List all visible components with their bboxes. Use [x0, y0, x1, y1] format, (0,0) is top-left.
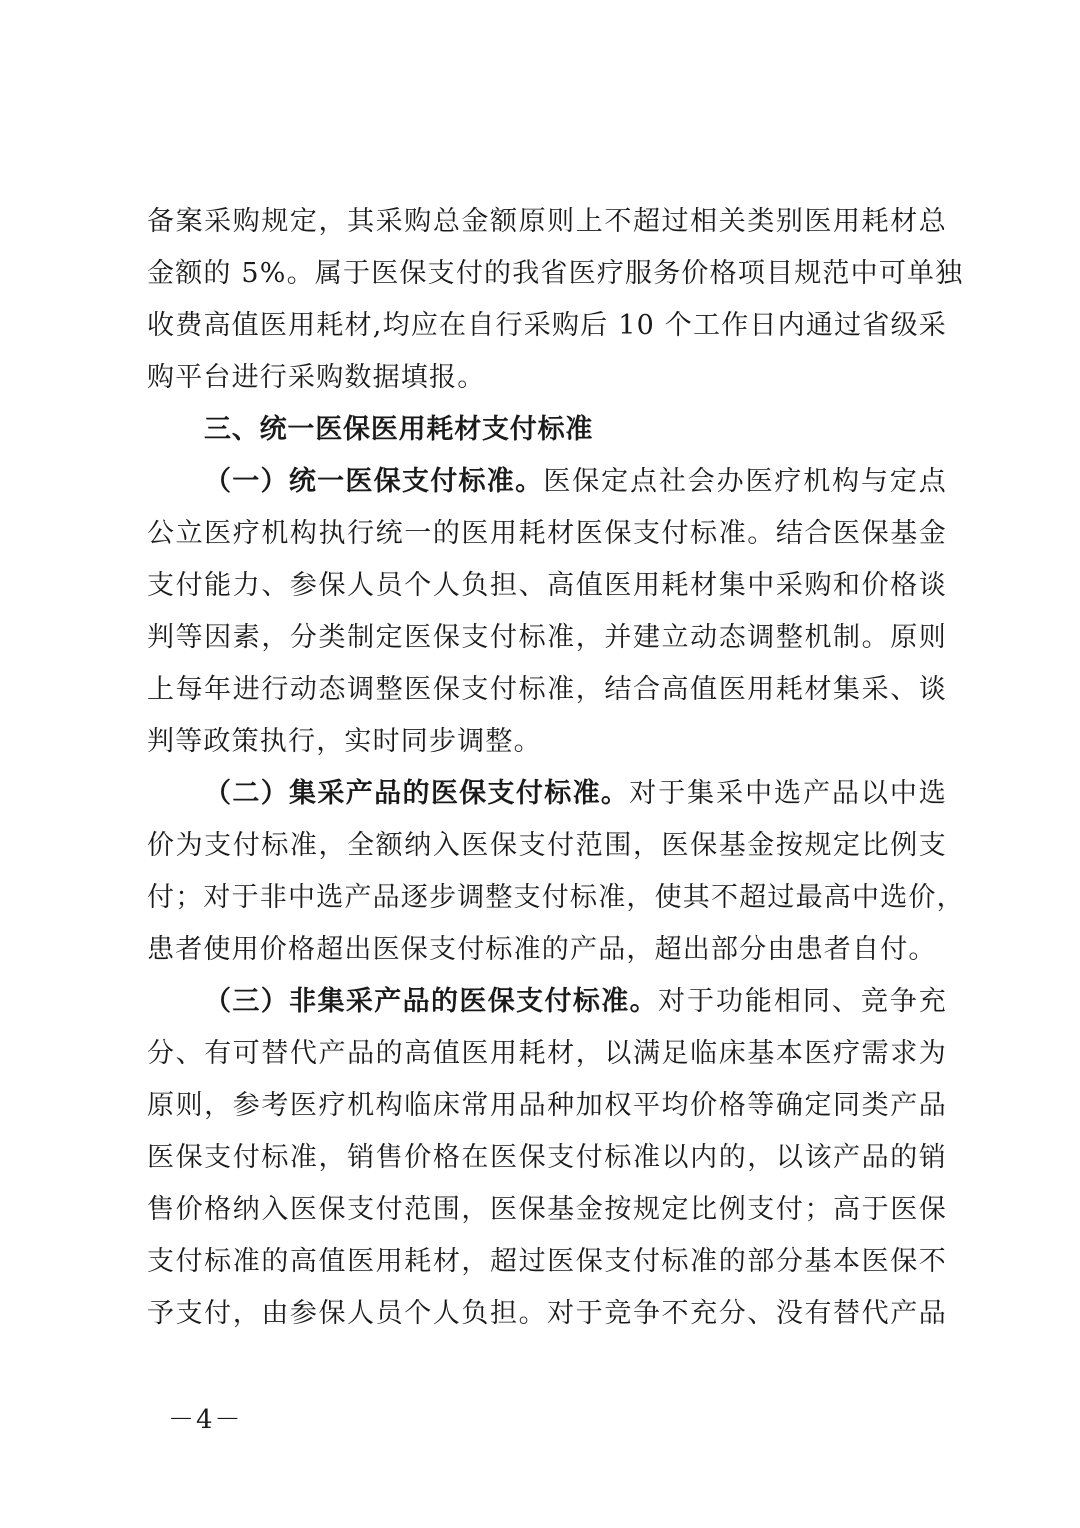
- paragraph-section-3-2: （二）集采产品的医保支付标准。对于集采中选产品以中选 价为支付标准，全额纳入医保…: [147, 768, 947, 976]
- text-line: 原则，参考医疗机构临床常用品种加权平均价格等确定同类产品: [147, 1080, 947, 1132]
- text-line: 备案采购规定，其采购总金额原则上不超过相关类别医用耗材总: [147, 196, 947, 248]
- text-line: 予支付，由参保人员个人负担。对于竞争不充分、没有替代产品: [147, 1288, 947, 1340]
- subsection-title: （三）非集采产品的医保支付标准。: [204, 986, 658, 1017]
- text-line: 购平台进行采购数据填报。: [147, 352, 947, 404]
- text-line: 付；对于非中选产品逐步调整支付标准，使其不超过最高中选价，: [147, 872, 947, 924]
- text-line-first: （三）非集采产品的医保支付标准。对于功能相同、竞争充: [147, 976, 947, 1028]
- text-line: 公立医疗机构执行统一的医用耗材医保支付标准。结合医保基金: [147, 508, 947, 560]
- text-fragment: 对于集采中选产品以中选: [629, 778, 947, 809]
- text-fragment: 医保定点社会办医疗机构与定点: [543, 466, 947, 497]
- text-line: 分、有可替代产品的高值医用耗材，以满足临床基本医疗需求为: [147, 1028, 947, 1080]
- document-body: 备案采购规定，其采购总金额原则上不超过相关类别医用耗材总 金额的 5%。属于医保…: [147, 196, 947, 1340]
- subsection-title: （二）集采产品的医保支付标准。: [204, 778, 629, 809]
- text-line-first: （一）统一医保支付标准。医保定点社会办医疗机构与定点: [147, 456, 947, 508]
- text-line: 收费高值医用耗材,均应在自行采购后 10 个工作日内通过省级采: [147, 300, 947, 352]
- text-line-first: （二）集采产品的医保支付标准。对于集采中选产品以中选: [147, 768, 947, 820]
- text-line: 判等因素，分类制定医保支付标准，并建立动态调整机制。原则: [147, 612, 947, 664]
- paragraph-continuation: 备案采购规定，其采购总金额原则上不超过相关类别医用耗材总 金额的 5%。属于医保…: [147, 196, 947, 404]
- text-line: 支付标准的高值医用耗材，超过医保支付标准的部分基本医保不: [147, 1236, 947, 1288]
- text-line: 上每年进行动态调整医保支付标准，结合高值医用耗材集采、谈: [147, 664, 947, 716]
- text-fragment: 对于功能相同、竞争充: [658, 986, 947, 1017]
- section-heading: 三、统一医保医用耗材支付标准: [147, 404, 947, 456]
- text-line: 医保支付标准，销售价格在医保支付标准以内的，以该产品的销: [147, 1132, 947, 1184]
- subsection-title: （一）统一医保支付标准。: [204, 466, 543, 497]
- text-line: 患者使用价格超出医保支付标准的产品，超出部分由患者自付。: [147, 924, 947, 976]
- document-page: 备案采购规定，其采购总金额原则上不超过相关类别医用耗材总 金额的 5%。属于医保…: [0, 0, 1080, 1528]
- paragraph-section-3-3: （三）非集采产品的医保支付标准。对于功能相同、竞争充 分、有可替代产品的高值医用…: [147, 976, 947, 1340]
- text-line: 判等政策执行，实时同步调整。: [147, 716, 947, 768]
- page-number: －4－: [168, 1402, 243, 1438]
- text-line: 售价格纳入医保支付范围，医保基金按规定比例支付；高于医保: [147, 1184, 947, 1236]
- text-line: 金额的 5%。属于医保支付的我省医疗服务价格项目规范中可单独: [147, 248, 947, 300]
- text-line: 支付能力、参保人员个人负担、高值医用耗材集中采购和价格谈: [147, 560, 947, 612]
- text-line: 价为支付标准，全额纳入医保支付范围，医保基金按规定比例支: [147, 820, 947, 872]
- paragraph-section-3-1: （一）统一医保支付标准。医保定点社会办医疗机构与定点 公立医疗机构执行统一的医用…: [147, 456, 947, 768]
